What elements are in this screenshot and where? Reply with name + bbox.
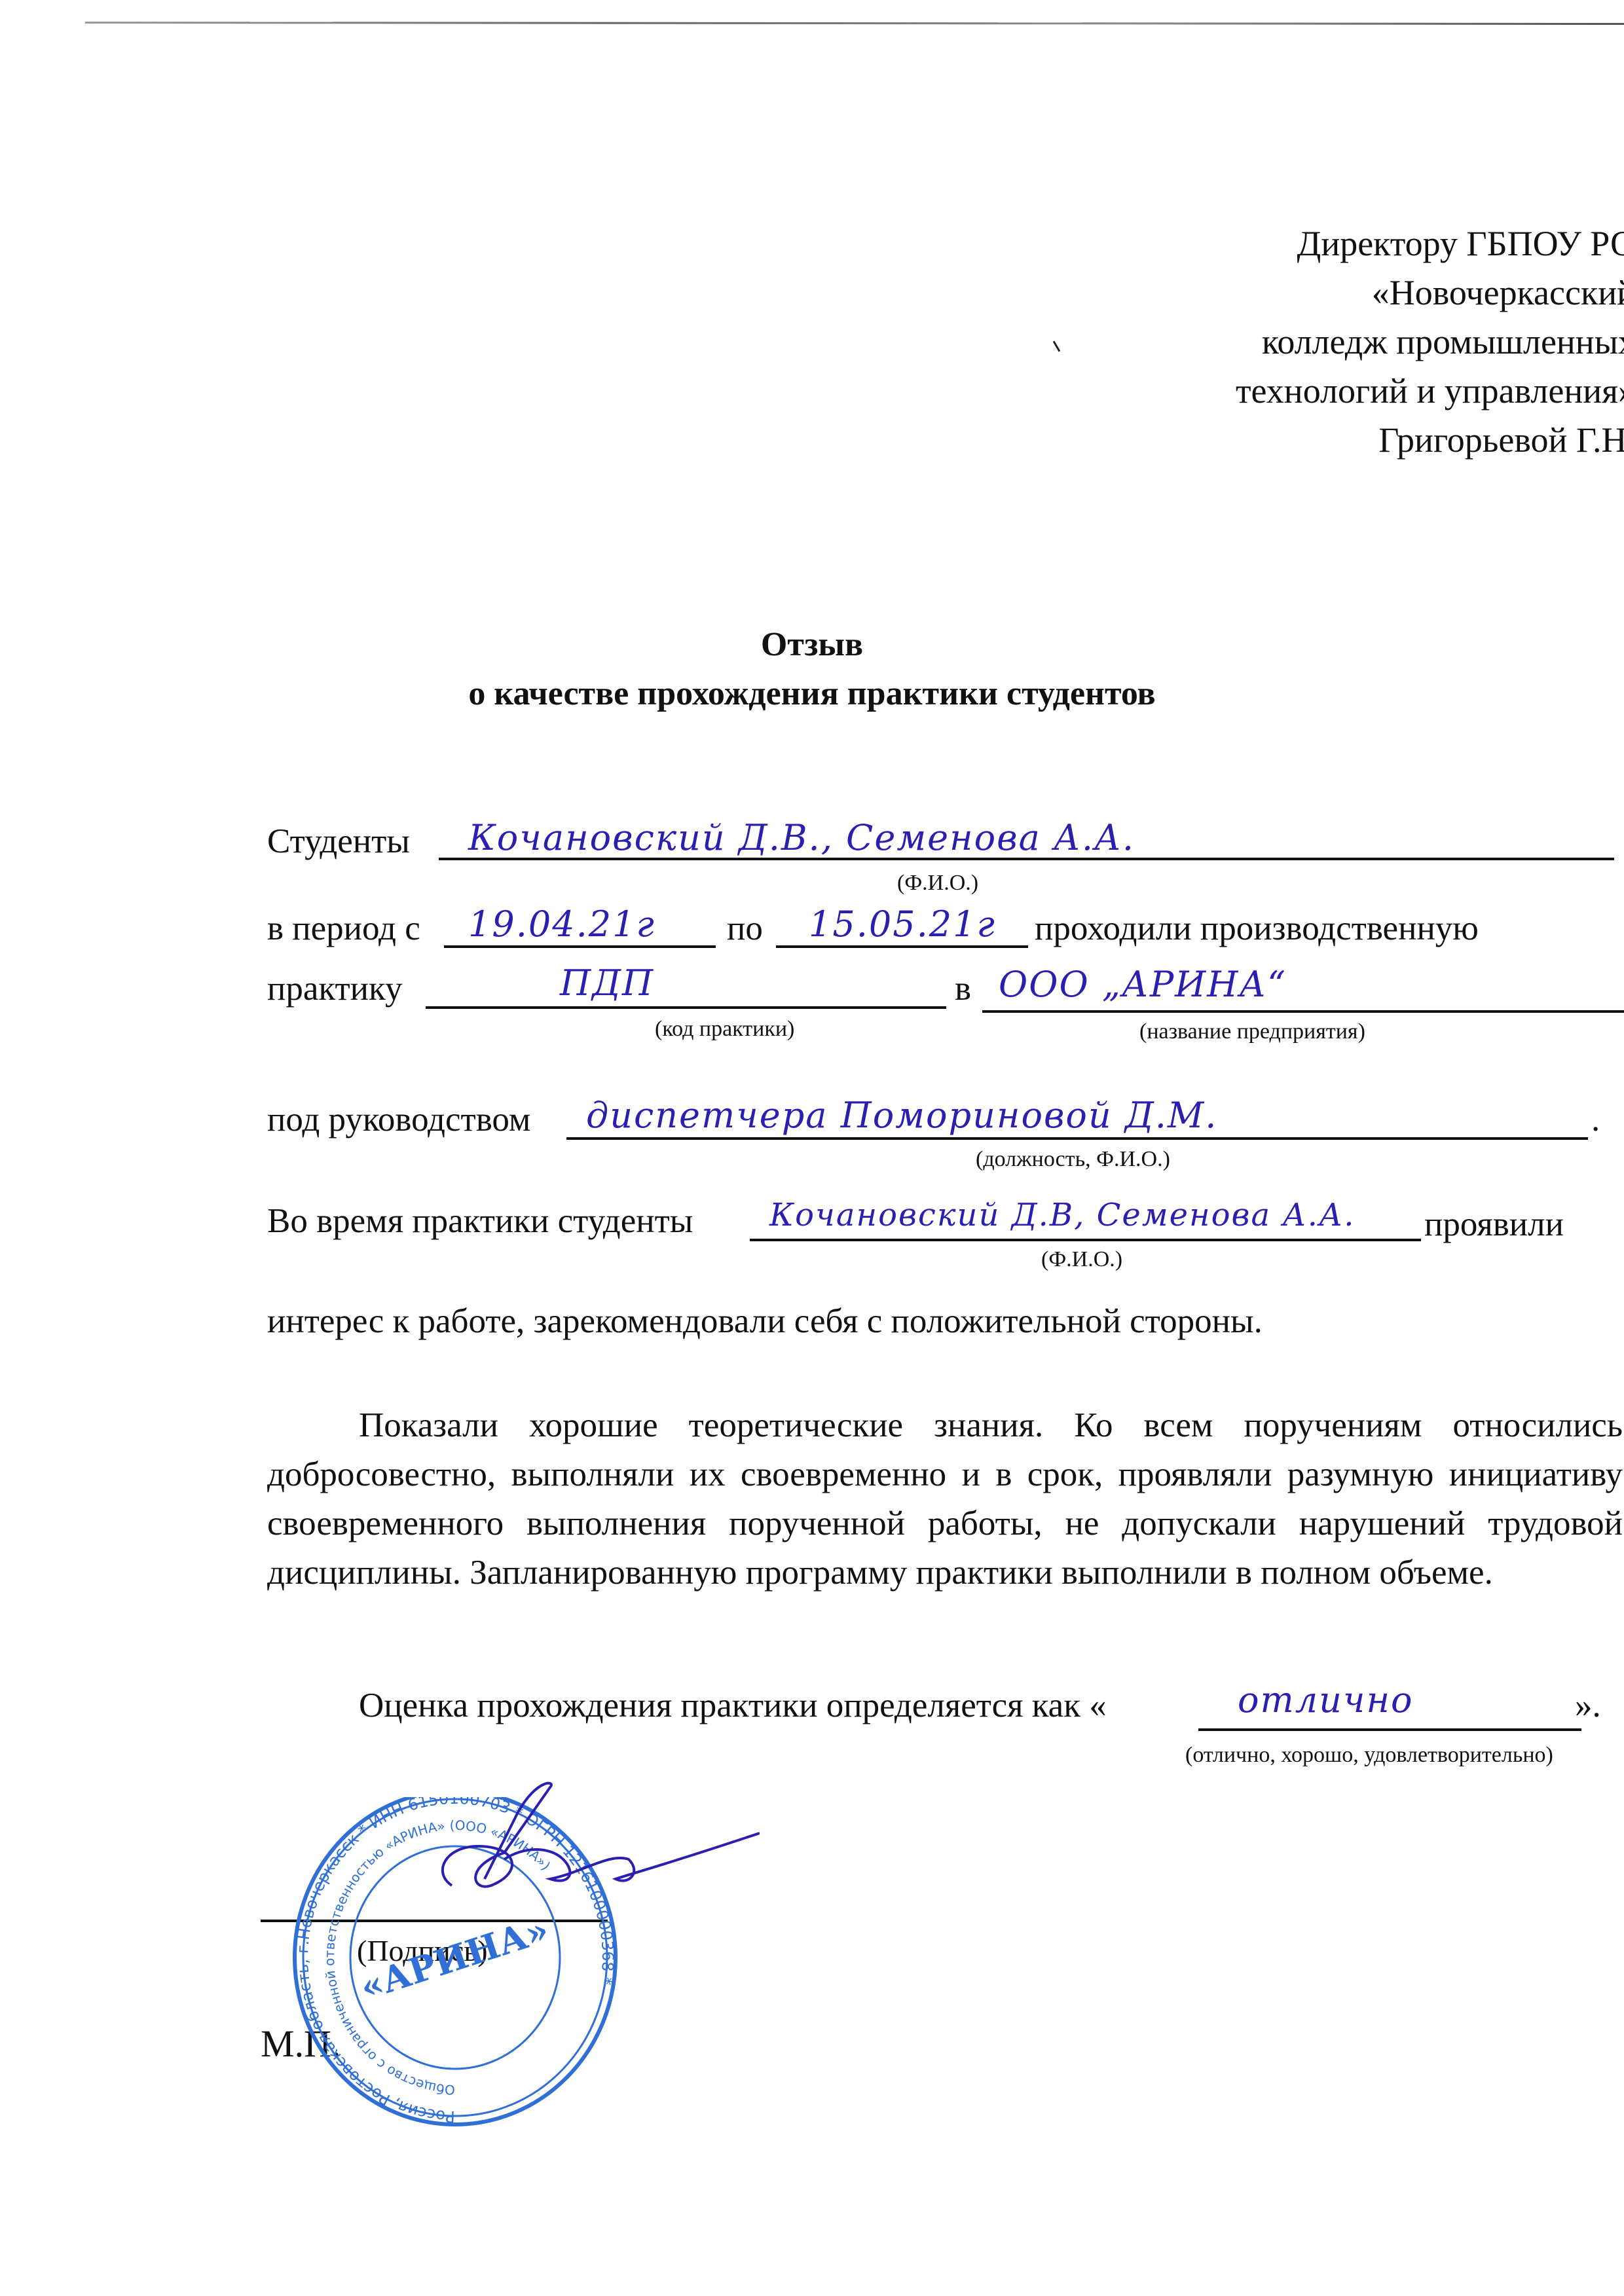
period-to-label: по: [727, 909, 763, 948]
addressee-line: «Новочеркасский: [1236, 268, 1624, 318]
scan-speck: [1053, 340, 1061, 352]
period-to-line: [776, 945, 1028, 948]
in-label: в: [955, 969, 971, 1008]
period-to-field[interactable]: 15.05.21г: [809, 903, 996, 945]
addressee-line: Директору ГБПОУ РО: [1236, 219, 1624, 268]
students-field[interactable]: Кочановский Д.В., Семенова А.А.: [468, 817, 1135, 858]
addressee-line: колледж промышленных: [1236, 318, 1624, 367]
addressee-block: Директору ГБПОУ РО «Новочеркасский колле…: [1236, 219, 1624, 465]
supervisor-line: [566, 1137, 1588, 1140]
period-from-line: [444, 945, 716, 948]
company-line: [982, 1010, 1624, 1013]
during-field[interactable]: Кочановский Д.В, Семенова А.А.: [769, 1197, 1356, 1233]
supervisor-end: .: [1591, 1100, 1600, 1139]
company-caption: (название предприятия): [1139, 1019, 1365, 1044]
interest-line: интерес к работе, зарекомендовали себя с…: [267, 1302, 1263, 1341]
handwritten-signature: [354, 1774, 760, 1944]
evaluation-paragraph: Показали хорошие теоретические знания. К…: [267, 1401, 1623, 1597]
supervisor-label: под руководством: [267, 1100, 530, 1139]
grade-close: ».: [1575, 1686, 1601, 1725]
period-from-field[interactable]: 19.04.21г: [468, 903, 655, 945]
practice-code-line: [426, 1006, 946, 1009]
practice-label: практику: [267, 969, 402, 1008]
grade-line: [1198, 1728, 1581, 1731]
during-label: Во время практики студенты: [267, 1201, 693, 1241]
supervisor-field[interactable]: диспетчера Помориновой Д.М.: [586, 1095, 1217, 1136]
addressee-line: Григорьевой Г.Н.: [1236, 416, 1624, 465]
fio-caption: (Ф.И.О.): [897, 871, 978, 896]
practice-code-field[interactable]: ПДП: [560, 962, 654, 1004]
document-subtitle: о качестве прохождения практики студенто…: [0, 674, 1624, 713]
during-suffix: проявили: [1424, 1205, 1564, 1244]
grade-caption: (отлично, хорошо, удовлетворительно): [1185, 1743, 1553, 1768]
evaluation-text: Показали хорошие теоретические знания. К…: [267, 1401, 1623, 1597]
period-label: в период с: [267, 909, 420, 948]
supervisor-caption: (должность, Ф.И.О.): [976, 1147, 1170, 1172]
during-caption: (Ф.И.О.): [1041, 1247, 1122, 1272]
grade-field[interactable]: отлично: [1238, 1679, 1414, 1721]
addressee-line: технологий и управления»: [1236, 367, 1624, 416]
company-field[interactable]: ООО „АРИНА“: [999, 964, 1287, 1005]
students-label: Студенты: [267, 822, 410, 861]
during-line: [750, 1239, 1421, 1241]
document-title: Отзыв: [0, 625, 1624, 664]
scan-edge-line: [85, 22, 1624, 25]
period-suffix: проходили производственную: [1035, 909, 1479, 948]
practice-code-caption: (код практики): [655, 1017, 794, 1042]
grade-label: Оценка прохождения практики определяется…: [359, 1686, 1107, 1725]
